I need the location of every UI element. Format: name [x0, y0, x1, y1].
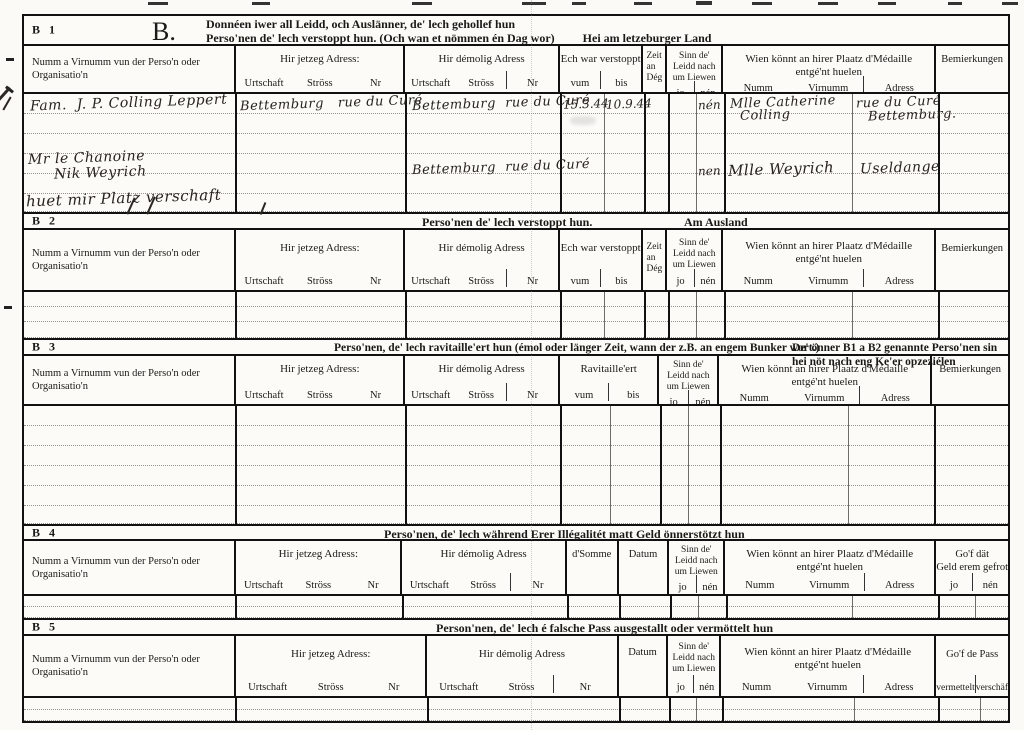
- col-current-address: Hir jetzeg Adress: Urtschaft Ströss Nr: [234, 356, 403, 404]
- sub-vum: vum: [560, 78, 600, 89]
- col-duration-days: Zeit an Dég: [641, 230, 665, 290]
- col-money-asked-back: Go'f dät Geld erem gefrot jo nén: [934, 541, 1008, 594]
- section-b3-title2: De' önner B1 a B2 genannte Perso'nen sin…: [792, 341, 1008, 369]
- section-b5-header: Numm a Virnumm vun der Perso'n oder Orga…: [24, 636, 1008, 698]
- scan-mark: [634, 2, 652, 5]
- col-still-alive: Sinn de' Leidd nach um Liewen jo nén: [666, 636, 719, 696]
- col-medal-recipient: Wien könnt an hirer Plaatz d'Médaille en…: [721, 230, 934, 290]
- section-b5-title: Person'nen, de' lech é falsche Pass ausg…: [436, 621, 773, 635]
- entry2-medal-address: Useldange: [860, 159, 940, 178]
- sub-stross: Ströss: [456, 276, 506, 287]
- section-b5-body: [24, 698, 1008, 721]
- col-amount-label: d'Somme: [567, 541, 617, 561]
- col-current-address: Hir jetzeg Adress: Urtschaft Ströss Nr: [234, 541, 400, 594]
- col-name: Numm a Virnumm vun der Perso'n oder Orga…: [24, 541, 234, 594]
- entry1-medal-address2: Bettemburg.: [868, 106, 957, 124]
- section-b3-titlebar: B 3 Perso'nen, de' lech ravitaille'ert h…: [24, 338, 1008, 356]
- sub-bis: bis: [600, 71, 641, 89]
- col-money-asked-label1: Go'f dät: [936, 548, 1008, 561]
- scan-mark: [752, 2, 772, 5]
- table-row: [24, 698, 1008, 710]
- entry2-name-line2: Nik Weyrich: [54, 163, 147, 182]
- table-row: [24, 466, 1008, 486]
- table-row: [24, 607, 1008, 618]
- table-row: [24, 446, 1008, 466]
- col-former-address: Hir démolig Adress Urtschaft Ströss Nr: [403, 356, 557, 404]
- col-remarks: Bemierkungen: [934, 230, 1008, 290]
- entry1-date-from: 15.3.44: [563, 96, 609, 112]
- sub-nen: nén: [694, 269, 721, 287]
- entry1-date-to: 10.9.44: [606, 96, 652, 112]
- scan-mark: [412, 2, 432, 5]
- scan-mark: [696, 1, 712, 5]
- sub-urtschaft: Urtschaft: [405, 276, 455, 287]
- section-b2-title: Perso'nen de' lech verstoppt hun.: [422, 215, 592, 229]
- section-b5-code: B 5: [32, 620, 58, 635]
- table-row: [24, 406, 1008, 426]
- sub-numm: Numm: [723, 276, 793, 287]
- col-duration-days: Zeit an Dég: [641, 46, 665, 92]
- col-amount: d'Somme: [565, 541, 617, 594]
- section-b3-code: B 3: [32, 340, 58, 355]
- col-still-alive: Sinn de' Leidd nach um Liewen jo nén: [665, 46, 721, 92]
- scanned-form-page: B 1 B. Donnéen iwer all Leidd, och Auslä…: [0, 0, 1024, 730]
- col-still-alive-label: Sinn de': [667, 51, 721, 62]
- entry1-alive-no: nén: [698, 98, 721, 113]
- section-b2-code: B 2: [32, 214, 58, 229]
- col-pass-label: Go'f de Pass: [936, 636, 1008, 661]
- sub-jo: jo: [667, 276, 693, 287]
- col-name: Numm a Virnumm vun der Perso'n oder Orga…: [24, 356, 234, 404]
- table-row: [24, 596, 1008, 607]
- form-b-sheet: B 1 B. Donnéen iwer all Leidd, och Auslä…: [22, 14, 1010, 723]
- section-b4-titlebar: B 4 Perso'nen, de' lech während Erer Ill…: [24, 524, 1008, 541]
- section-b1-code: B 1: [32, 23, 58, 38]
- section-b-letter: B.: [152, 17, 176, 47]
- col-still-alive: Sinn de' Leidd nach um Liewen jo nén: [667, 541, 723, 594]
- sub-nr: Nr: [348, 276, 404, 287]
- col-medal-recipient: Wien könnt an hirer Plaatz d'Médaille en…: [721, 46, 934, 92]
- col-former-address: Hir démolig Adress Urtschaft Ströss Nr: [425, 636, 616, 696]
- section-b1-titlebar: B 1 B. Donnéen iwer all Leidd, och Auslä…: [24, 16, 1008, 46]
- table-row: [24, 322, 1008, 338]
- section-b2-titlebar: B 2 Perso'nen de' lech verstoppt hun. Am…: [24, 212, 1008, 230]
- scan-mark: [4, 306, 12, 309]
- scan-mark: [572, 2, 586, 5]
- sub-urtschaft: Urtschaft: [405, 78, 455, 89]
- sub-nr: Nr: [348, 78, 404, 89]
- col-hidden-period: Ech war verstoppt vum bis: [558, 46, 642, 92]
- col-hidden-period: Ech war verstoppt vum bis: [558, 230, 642, 290]
- col-pass-provided: Go'f de Pass vermettelt verschäft: [934, 636, 1008, 696]
- sub-bis: bis: [600, 269, 641, 287]
- scan-mark: [148, 2, 168, 5]
- scan-mark: [252, 2, 270, 5]
- table-row: [24, 426, 1008, 446]
- col-supplied-label: Ravitaille'ert: [560, 356, 658, 376]
- sub-adress: Adress: [863, 269, 934, 287]
- col-remarks-label: Bemierkungen: [936, 46, 1008, 66]
- table-row: [24, 506, 1008, 524]
- sub-stross: Ströss: [292, 276, 348, 287]
- section-b4-header: Numm a Virnumm vun der Perso'n oder Orga…: [24, 541, 1008, 596]
- col-date: Datum: [617, 541, 668, 594]
- col-duration-label: Zeit: [646, 51, 665, 62]
- scan-mark: [6, 58, 14, 61]
- scan-mark: [522, 2, 546, 5]
- sub-stross: Ströss: [292, 78, 348, 89]
- section-b1-title-line2: Perso'nen de' lech verstoppt hun. (Och w…: [206, 31, 555, 45]
- pencil-smudge: [570, 116, 596, 125]
- col-name: Numm a Virnumm vun der Perso'n oder Orga…: [24, 230, 234, 290]
- section-b2-body: [24, 292, 1008, 338]
- col-medal-recipient: Wien könnt an hirer Plaatz d'Médaille en…: [723, 541, 934, 594]
- col-current-address: Hir jetzeg Adress: Urtschaft Ströss Nr: [234, 636, 425, 696]
- scan-mark: [818, 2, 838, 5]
- sub-numm: Numm: [723, 83, 793, 92]
- entry2-medal-name: Mlle Weyrich: [728, 158, 835, 180]
- section-b1-title-right: Hei am letzeburger Land: [583, 31, 712, 45]
- section-b4-body: [24, 596, 1008, 618]
- sub-adress: Adress: [863, 76, 934, 92]
- sub-nr: Nr: [506, 71, 557, 89]
- col-still-alive: Sinn de' Leidd nach um Liewen jo nén: [665, 230, 721, 290]
- col-still-alive: Sinn de' Leidd nach um Liewen jo nén: [657, 356, 717, 404]
- col-medal-recipient: Wien könnt an hirer Plaatz d'Médaille en…: [719, 636, 934, 696]
- col-former-address: Hir démolig Adress Urtschaft Ströss Nr: [400, 541, 564, 594]
- entry1-medal-name2: Colling: [740, 107, 791, 124]
- col-date-label: Datum: [619, 636, 667, 659]
- table-row: [24, 486, 1008, 506]
- sub-virnumm: Virnumm: [793, 276, 863, 287]
- col-current-address: Hir jetzeg Adress: Urtschaft Ströss Nr: [234, 46, 403, 92]
- col-former-address: Hir démolig Adress Urtschaft Ströss Nr: [403, 230, 557, 290]
- table-row: [24, 307, 1008, 322]
- section-b4-title: Perso'nen, de' lech während Erer Illégal…: [384, 527, 745, 541]
- sub-urtschaft: Urtschaft: [236, 276, 292, 287]
- section-b1-header: Numm a Virnumm vun der Perso'n oder Orga…: [24, 46, 1008, 94]
- sub-jo: jo: [667, 88, 693, 92]
- table-row: [24, 710, 1008, 721]
- section-b3-body: [24, 406, 1008, 524]
- sub-virnumm: Virnumm: [793, 83, 863, 92]
- col-name: Numm a Virnumm vun der Perso'n oder Orga…: [24, 636, 234, 696]
- col-date: Datum: [617, 636, 667, 696]
- col-name-label: Numm a Virnumm vun der Perso'n oder Orga…: [24, 230, 234, 290]
- pen-stroke: [2, 97, 11, 111]
- section-b2-subtitle: Am Ausland: [684, 215, 748, 229]
- entry2-alive-no: nen: [698, 164, 721, 179]
- table-row: [24, 134, 1008, 154]
- col-former-address: Hir démolig Adress Urtschaft Ströss Nr: [403, 46, 557, 92]
- col-current-address-label: Hir jetzeg Adress:: [236, 46, 403, 66]
- col-remarks: Bemierkungen: [934, 46, 1008, 92]
- col-name-label: Numm a Virnumm vun der Perso'n oder Orga…: [24, 46, 234, 92]
- col-supplied-period: Ravitaille'ert vum bis: [558, 356, 658, 404]
- section-b4-code: B 4: [32, 525, 58, 540]
- section-b3-title: Perso'nen, de' lech ravitaille'ert hun (…: [334, 341, 819, 355]
- table-row: [24, 292, 1008, 307]
- sub-urtschaft: Urtschaft: [236, 78, 292, 89]
- section-b2-header: Numm a Virnumm vun der Perso'n oder Orga…: [24, 230, 1008, 292]
- col-former-address-label: Hir démolig Adress: [405, 46, 557, 66]
- sub-nen: nén: [694, 81, 721, 92]
- sub-stross: Ströss: [456, 78, 506, 89]
- col-hidden-period-label: Ech war verstoppt: [560, 46, 642, 66]
- col-date-label: Datum: [619, 541, 668, 561]
- col-current-address: Hir jetzeg Adress: Urtschaft Ströss Nr: [234, 230, 403, 290]
- sub-vum: vum: [560, 276, 600, 287]
- section-b1-title-line1: Donnéen iwer all Leidd, och Auslänner, d…: [206, 17, 711, 31]
- scan-mark: [878, 2, 896, 5]
- sub-vermettelt: vermettelt: [936, 683, 975, 693]
- section-b5-titlebar: B 5 Person'nen, de' lech é falsche Pass …: [24, 618, 1008, 636]
- section-b1-body: Fam. J. P. Colling Leppert Bettemburg ru…: [24, 94, 1008, 212]
- sub-verschaft: verschäft: [975, 675, 1008, 693]
- scan-mark: [948, 2, 962, 5]
- col-name: Numm a Virnumm vun der Perso'n oder Orga…: [24, 46, 234, 92]
- scan-mark: [1002, 2, 1018, 5]
- sub-nr: Nr: [506, 269, 557, 287]
- col-medal-label-1: Wien könnt an hirer Plaatz d'Médaille: [723, 53, 934, 66]
- table-row: [24, 114, 1008, 134]
